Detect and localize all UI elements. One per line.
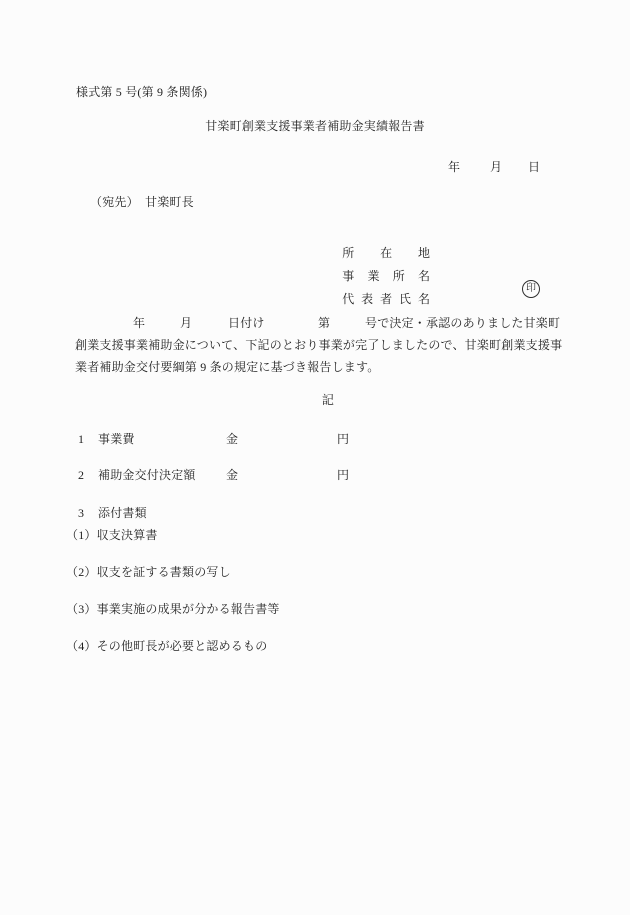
item-1-label: 事業費 (98, 433, 135, 445)
attachment-item-3: （3）事業実施の成果が分かる報告書等 (66, 603, 280, 615)
representative-row: 代表者氏名 (323, 281, 430, 317)
attachment-item-4: （4）その他町長が必要と認めるもの (66, 640, 267, 652)
date-month-label: 月 (490, 161, 502, 173)
body-line-2: 創業支援事業補助金について、下記のとおり事業が完了しましたので、甘楽町創業支援事 (75, 339, 562, 351)
item-1-amount-suffix: 円 (337, 433, 349, 445)
form-number: 様式第 5 号(第 9 条関係) (76, 86, 207, 98)
item-2-number: 2 (78, 469, 84, 481)
item-1-amount-prefix: 金 (226, 433, 238, 445)
attachment-item-1: （1）収支決算書 (66, 529, 158, 541)
item-2-amount-prefix: 金 (226, 469, 238, 481)
seal-stamp-icon: 印 (522, 280, 540, 298)
document-page: 様式第 5 号(第 9 条関係) 甘楽町創業支援事業者補助金実績報告書 年 月 … (0, 0, 630, 915)
body-year-label: 年 (133, 317, 145, 329)
item-2-amount-suffix: 円 (337, 469, 349, 481)
body-number-prefix: 第 (318, 317, 330, 329)
item-3-label: 添付書類 (98, 507, 147, 519)
date-day-label: 日 (528, 161, 540, 173)
body-line1-rest: 号で決定・承認のありました甘楽町 (365, 317, 560, 329)
recipient-line: （宛先） 甘楽町長 (90, 196, 194, 208)
document-title: 甘楽町創業支援事業者補助金実績報告書 (0, 120, 630, 132)
body-day-label: 日付け (228, 317, 265, 329)
attachment-item-2: （2）収支を証する書類の写し (66, 566, 231, 578)
representative-label: 代表者氏名 (342, 293, 430, 305)
item-1-number: 1 (78, 433, 84, 445)
date-year-label: 年 (448, 161, 460, 173)
ki-heading: 記 (100, 394, 556, 406)
body-month-label: 月 (180, 317, 192, 329)
item-2-label: 補助金交付決定額 (98, 469, 196, 481)
body-line-3: 業者補助金交付要綱第 9 条の規定に基づき報告します。 (75, 361, 379, 373)
item-3-number: 3 (78, 507, 84, 519)
